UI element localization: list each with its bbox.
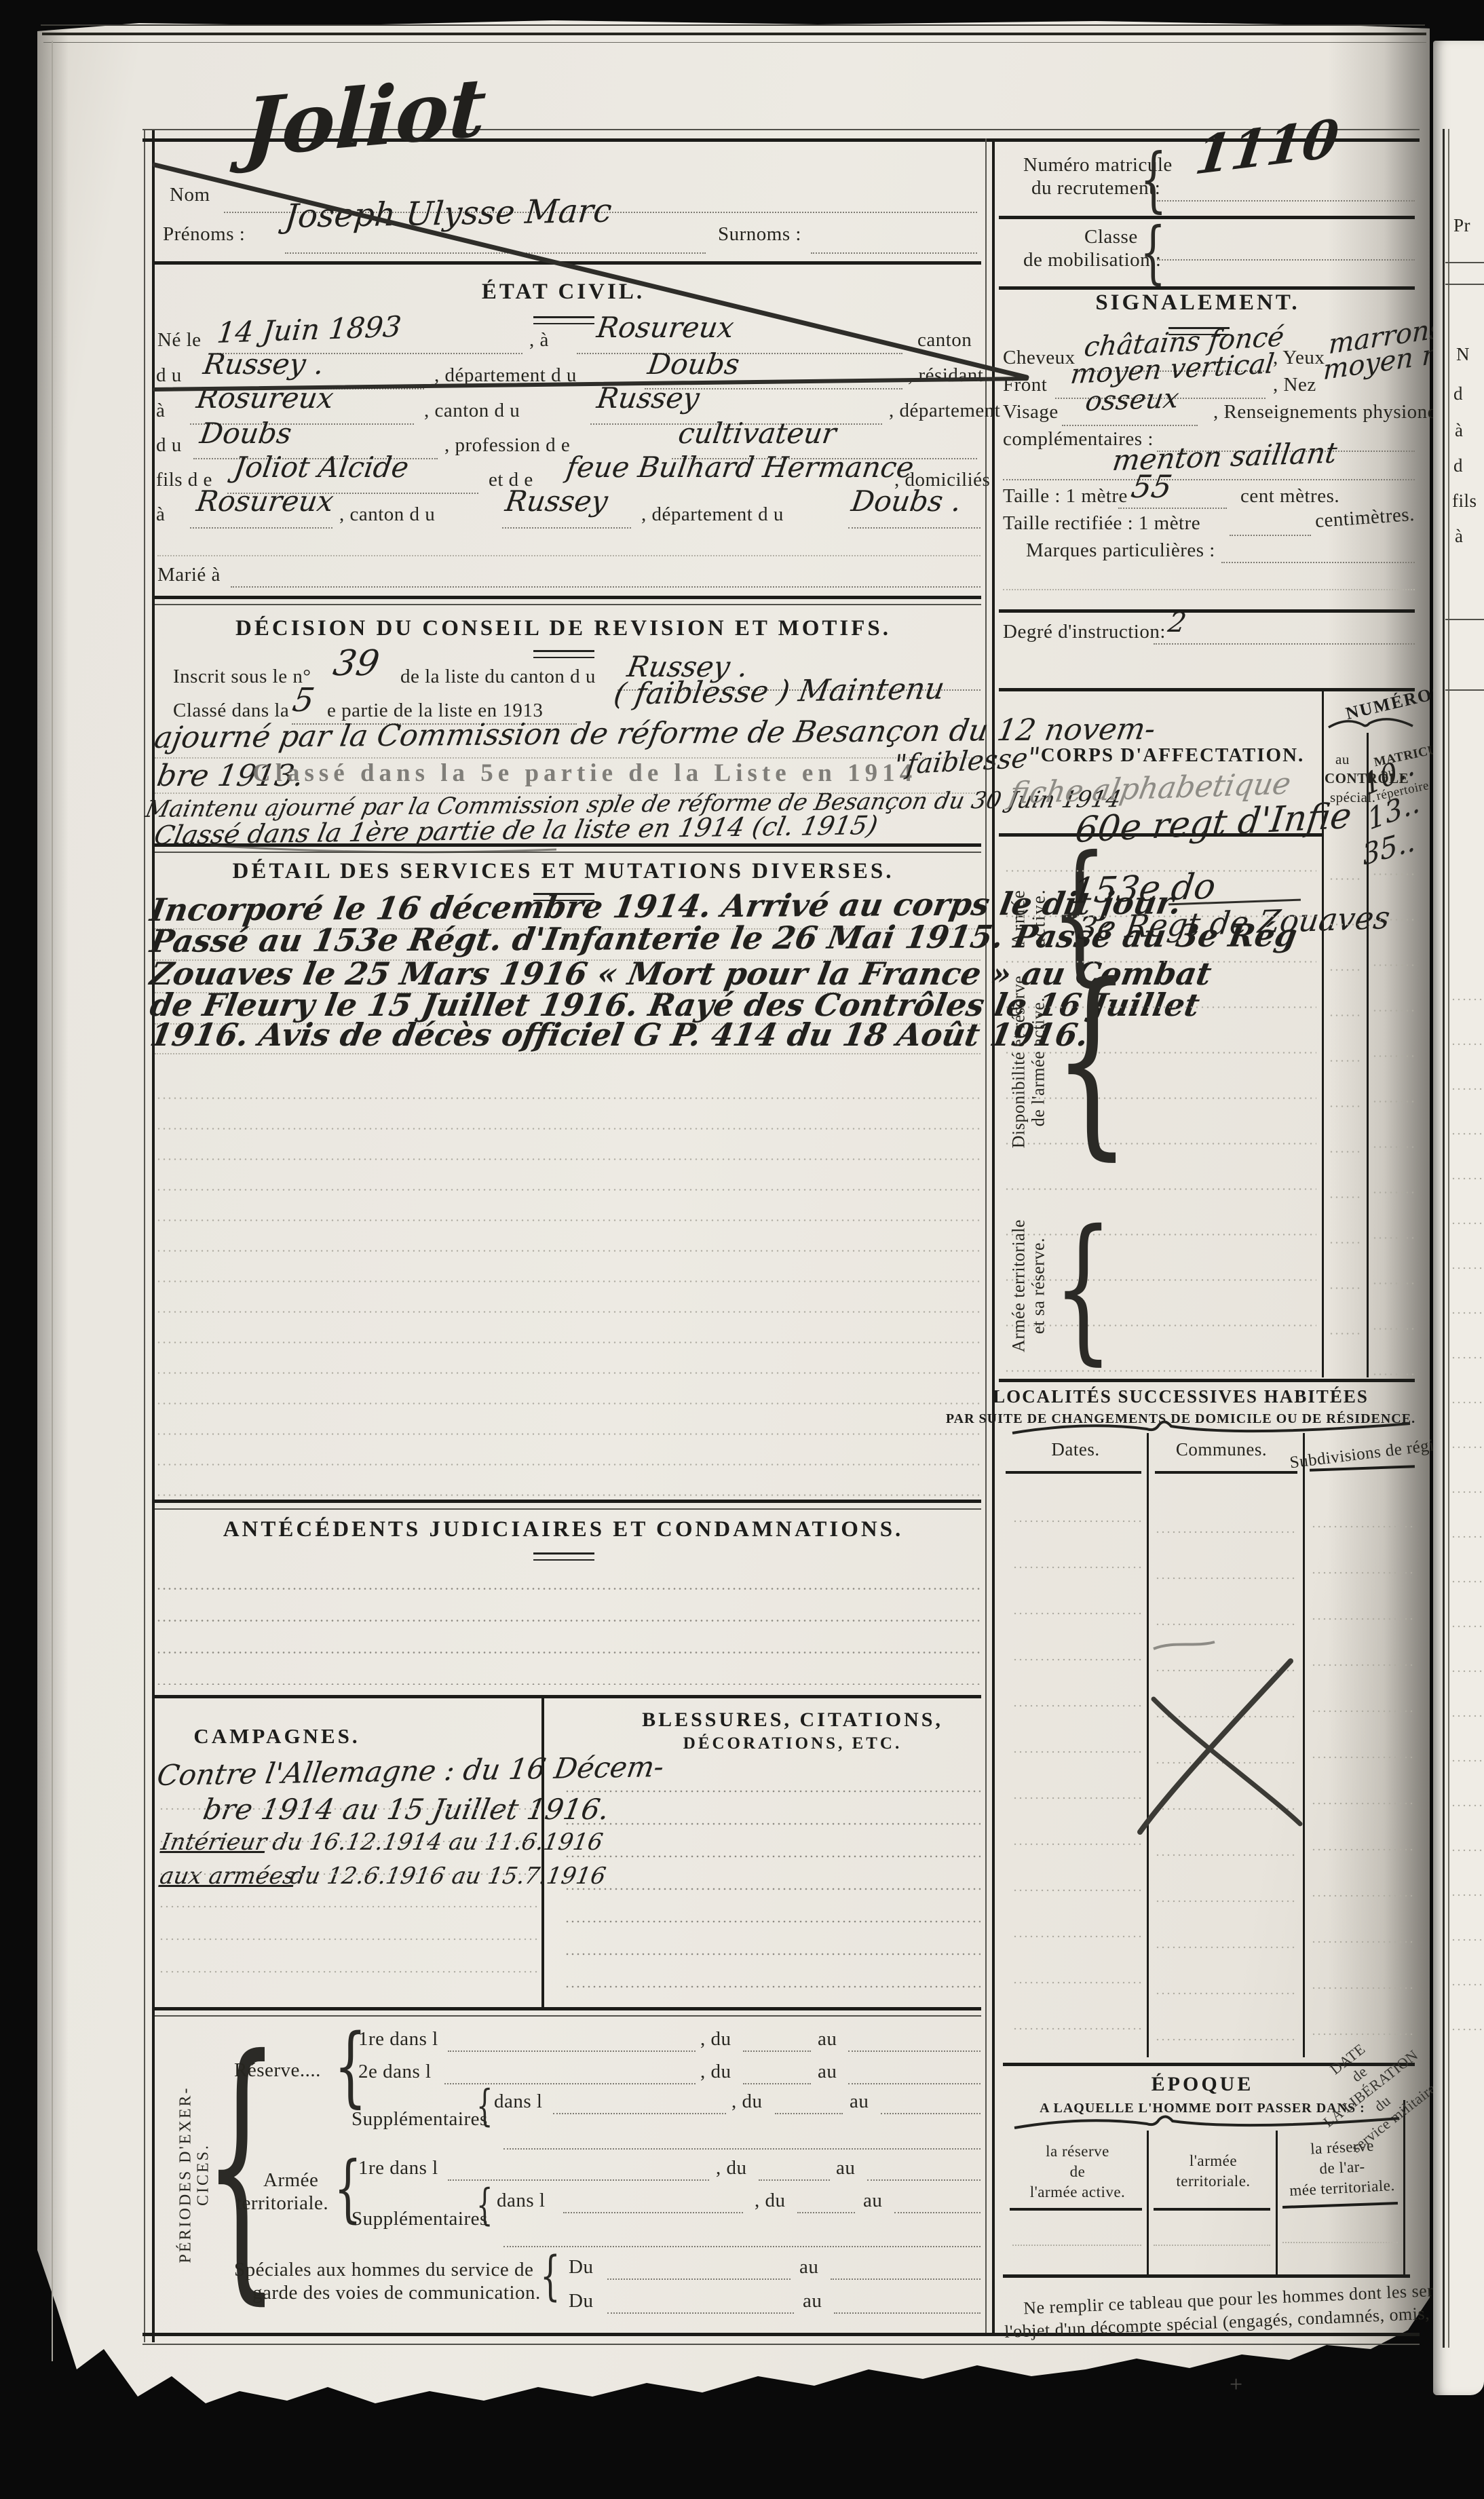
next-page-fragment: à <box>1455 421 1463 441</box>
section-rule-thin <box>155 852 981 853</box>
brace: { <box>1140 218 1166 286</box>
dotted-line <box>743 2083 811 2084</box>
next-page-fragment: à <box>1455 527 1463 547</box>
corps-table-vline <box>1367 733 1369 1377</box>
ruled-dotted-area <box>1004 848 1316 1377</box>
page-edge-line <box>43 42 1426 43</box>
marie-label: Marié à <box>157 565 221 586</box>
ruled-dotted-area <box>156 1573 981 1685</box>
epoque-vline <box>1147 2131 1149 2274</box>
form-border-bottom-thin <box>142 2344 1420 2345</box>
dotted-line <box>1003 479 1415 480</box>
stamp-classe-1914: Classé dans la 5e partie de la Liste en … <box>252 759 917 788</box>
visage-label: Visage <box>1003 402 1059 423</box>
au-label: au <box>850 2091 869 2113</box>
disponibilite-label-1: Disponibilité et réserve <box>1009 976 1029 1149</box>
rule <box>999 216 1415 219</box>
dotted-line <box>848 2083 981 2084</box>
dotted-line <box>231 586 981 588</box>
du-label: d u <box>156 365 182 387</box>
page-edge-line-vertical <box>52 41 53 2361</box>
next-page-rule <box>1445 619 1484 620</box>
dotted-line <box>1221 562 1415 563</box>
prenoms-value-handwritten: Joseph Ulysse Marc <box>284 195 613 233</box>
dotted-line <box>563 2212 743 2213</box>
next-page-rule <box>1445 284 1484 285</box>
au-label: au <box>818 2029 837 2050</box>
a-label: à <box>156 400 165 422</box>
visage-value: osseux <box>1084 385 1181 415</box>
du-label: , du <box>700 2061 731 2083</box>
localites-col-dates: Dates. <box>1051 1440 1099 1460</box>
inscrit-numero: 39 <box>330 646 381 681</box>
a-label: à <box>156 504 165 526</box>
du-majuscule-label: Du <box>569 2257 593 2278</box>
profession-label: , profession d e <box>444 435 570 457</box>
rule <box>999 688 1415 691</box>
dotted-line <box>285 252 706 254</box>
dotted-line <box>157 555 981 556</box>
territoriale-ligne-1: 1re dans l <box>358 2158 438 2179</box>
reserve-ligne-2: 2e dans l <box>358 2061 432 2083</box>
next-page-rule <box>1445 689 1484 691</box>
surnoms-label: Surnoms : <box>718 224 801 246</box>
rule <box>999 1379 1415 1382</box>
dotted-line <box>1012 2245 1141 2246</box>
next-page-fragment: d <box>1453 384 1463 404</box>
au-label: au <box>803 2291 822 2312</box>
dotted-line <box>1118 508 1227 509</box>
next-page-border-thin <box>1448 129 1449 2348</box>
dotted-line <box>607 2312 794 2314</box>
form-border-left <box>152 130 155 2342</box>
dotted-line <box>448 2050 696 2052</box>
dotted-line <box>894 2212 981 2213</box>
nom-value-handwritten: Joliot <box>242 66 488 168</box>
epoque-col1-line: l'armée active. <box>1030 2183 1126 2200</box>
dotted-line <box>848 527 981 529</box>
reserve-label: Réserve.... <box>234 2060 321 2082</box>
dotted-line <box>607 2278 791 2280</box>
residant-label: , résidant <box>908 365 983 387</box>
dotted-line <box>502 527 631 529</box>
nez-label: , Nez <box>1273 375 1316 396</box>
dotted-line <box>1062 425 1198 426</box>
rule <box>1003 2274 1410 2278</box>
dotted-line <box>743 2050 811 2052</box>
dotted-line <box>503 2246 981 2247</box>
signalement-title: SIGNALEMENT. <box>1095 290 1299 315</box>
date-naissance: 14 Juin 1893 <box>216 312 403 347</box>
antecedents-title: ANTÉCÉDENTS JUDICIAIRES ET CONDAMNATIONS… <box>223 1517 904 1542</box>
dotted-line <box>1154 2245 1270 2246</box>
dotted-line <box>775 2113 843 2114</box>
liste-label: de la liste du canton d u <box>400 666 596 688</box>
corps-affectation-title: CORPS D'AFFECTATION. <box>1041 745 1305 767</box>
ne-le-label: Né le <box>157 330 202 351</box>
rule <box>1010 2208 1142 2211</box>
section-rule <box>155 596 981 599</box>
services-ligne: 1916. Avis de décès officiel G P. 414 du… <box>148 1019 1091 1050</box>
cheveux-label: Cheveux <box>1003 347 1076 369</box>
page-edge-line <box>41 24 1425 26</box>
dotted-line <box>1282 2242 1398 2243</box>
domicile: Rosureux <box>195 487 335 516</box>
services-title: DÉTAIL DES SERVICES ET MUTATIONS DIVERSE… <box>233 859 894 883</box>
next-page-sliver: Pr N d à d fils à <box>1433 41 1484 2395</box>
dotted-line <box>1157 259 1415 261</box>
canton-suffix: canton <box>917 330 972 351</box>
dans-l-label: dans l <box>497 2190 545 2212</box>
controle-header-1: au <box>1335 752 1350 767</box>
dotted-line <box>834 2312 981 2314</box>
residence: Rosureux <box>195 384 335 413</box>
epoque-col1-line: la réserve <box>1046 2143 1109 2160</box>
departement-label: , département d u <box>434 365 577 387</box>
classe-partie-label: Classé dans la <box>173 700 289 722</box>
rule <box>1006 1471 1141 1474</box>
dotted-line <box>811 252 977 254</box>
canton-label: , canton d u <box>424 400 520 422</box>
epoque-col1-line: de <box>1070 2163 1086 2180</box>
title-flourish <box>533 316 594 324</box>
blessures-title-1: BLESSURES, CITATIONS, <box>642 1709 943 1731</box>
title-flourish <box>533 650 594 658</box>
du-majuscule-label: Du <box>569 2291 593 2312</box>
ruled-dotted-area <box>1155 1509 1297 2055</box>
prenoms-label: Prénoms : <box>163 224 245 246</box>
dotted-line <box>1003 589 1415 590</box>
dotted-line <box>1230 535 1311 536</box>
departement-residence: Doubs <box>198 419 293 448</box>
supplementaires-label: Supplémentaires <box>351 2209 488 2230</box>
rule <box>1154 2208 1270 2211</box>
campagnes-title: CAMPAGNES. <box>193 1725 360 1748</box>
supplementaires-label: Supplémentaires <box>351 2109 488 2131</box>
reserve-ligne-1: 1re dans l <box>358 2029 438 2050</box>
section-rule <box>155 1695 981 1698</box>
localites-col-communes: Communes. <box>1176 1440 1267 1460</box>
taille-value: 55 <box>1129 471 1175 502</box>
du-label: d u <box>156 435 182 457</box>
dotted-line <box>797 2212 855 2213</box>
localites-title: LOCALITÉS SUCCESSIVES HABITÉES <box>993 1387 1369 1407</box>
degre-instruction-label: Degré d'instruction: <box>1003 622 1166 643</box>
classe-motif: ( faiblesse ) Maintenu <box>612 674 947 710</box>
departement-suffix: , département <box>889 400 1000 422</box>
dotted-line <box>190 527 332 529</box>
section-rule-thin <box>155 604 981 605</box>
canton-naissance: Russey . <box>202 350 326 379</box>
dotted-line <box>831 2278 981 2280</box>
column-divider-thin <box>985 138 987 2333</box>
departement-naissance: Doubs <box>646 350 741 379</box>
brace: { <box>1140 144 1167 214</box>
departement-domicile: Doubs . <box>850 487 963 516</box>
profession-value: cultivateur <box>677 419 838 448</box>
dotted-line <box>503 2148 981 2150</box>
section-rule <box>155 261 981 265</box>
brace-supplementaires: { <box>476 2183 493 2227</box>
disponibilite-label: Disponibilité et réserve de l'armée acti… <box>1009 976 1048 1149</box>
canton-label: , canton d u <box>339 504 435 526</box>
epoque-col3-line: de l'ar- <box>1319 2158 1365 2177</box>
localites-vline <box>1303 1433 1305 2057</box>
ruled-dotted-area <box>156 1083 981 1497</box>
column-divider <box>992 138 995 2333</box>
dotted-line <box>867 2179 981 2181</box>
section-rule <box>155 843 981 847</box>
brace-supplementaires: { <box>476 2084 493 2128</box>
page-left-shading <box>37 18 69 2428</box>
epoque-vline <box>1276 2131 1278 2274</box>
a-label: , à <box>529 330 549 351</box>
next-page-fragment: Pr <box>1453 216 1470 236</box>
dotted-line <box>553 2113 726 2114</box>
armee-territoriale-label: Armée territoriale et sa réserve. <box>1009 1219 1048 1352</box>
marques-label: Marques particulières : <box>1026 540 1215 562</box>
du-label: , du <box>700 2029 731 2050</box>
periodes-vertical-label-1: PÉRIODES D'EXER- <box>177 2086 195 2264</box>
brace-territoriale: { <box>1053 1209 1114 1367</box>
speciales-ligne-2: garde des voies de communication. <box>252 2283 541 2304</box>
page-edge-line <box>42 33 1426 35</box>
territoriale-label-2: territoriale. <box>236 2193 328 2215</box>
next-page-border <box>1443 129 1445 2348</box>
localites-subtitle: PAR SUITE DE CHANGEMENTS DE DOMICILE OU … <box>946 1411 1415 1426</box>
dotted-line <box>881 2113 981 2114</box>
inscrit-label: Inscrit sous le n° <box>173 666 311 688</box>
du-label: , du <box>755 2190 786 2212</box>
next-page-fragment: d <box>1453 456 1463 476</box>
dotted-line <box>759 2179 830 2181</box>
front-label: Front <box>1003 375 1047 396</box>
armee-territoriale-label-2: et sa réserve. <box>1029 1219 1048 1352</box>
title-flourish <box>533 1552 594 1561</box>
decision-ligne-4-fin: "faiblesse" <box>893 744 1042 780</box>
taille-suffix: cent mètres. <box>1240 486 1339 508</box>
pere-value: Joliot Alcide <box>232 453 411 482</box>
etat-civil-title: ÉTAT CIVIL. <box>482 280 645 304</box>
du-label: , du <box>731 2091 763 2113</box>
form-border-bottom <box>142 2333 1420 2336</box>
brace-disponibilite: { <box>1053 958 1131 1162</box>
au-label: au <box>799 2257 818 2278</box>
corps-table-vline <box>1322 691 1324 1377</box>
nom-label: Nom <box>170 185 210 206</box>
lieu-naissance: Rosureux <box>595 313 736 342</box>
dans-l-label: dans l <box>494 2091 542 2113</box>
epoque-col2-line: territoriale. <box>1176 2173 1250 2190</box>
au-label: au <box>818 2061 837 2083</box>
localites-vline <box>1147 1433 1149 2057</box>
departement-label: , département d u <box>641 504 784 526</box>
canton-residence: Russey <box>595 384 701 413</box>
blessures-title-2: DÉCORATIONS, ETC. <box>683 1734 902 1753</box>
epoque-col2-line: l'armée <box>1190 2152 1237 2169</box>
epoque-title: ÉPOQUE <box>1152 2073 1254 2095</box>
dotted-line <box>155 1053 981 1054</box>
canton-domicile: Russey <box>503 487 609 516</box>
rule <box>1155 1471 1297 1474</box>
taille-rectifiee-label: Taille rectifiée : 1 mètre <box>1003 513 1200 535</box>
au-label: au <box>836 2158 855 2179</box>
au-label: au <box>863 2190 882 2212</box>
ruled-dotted-area <box>565 1775 981 1999</box>
yeux-label: , Yeux <box>1273 347 1325 369</box>
ruled-dotted-area <box>159 1793 537 1996</box>
rule <box>999 286 1415 290</box>
speciales-ligne-1: Spéciales aux hommes du service de <box>234 2259 533 2281</box>
armee-territoriale-label-1: Armée territoriale <box>1009 1219 1029 1352</box>
next-page-ruled-area <box>1451 977 1484 2063</box>
ruled-dotted-area <box>1311 1504 1415 2055</box>
next-page-rule <box>1445 262 1484 263</box>
decision-title: DÉCISION DU CONSEIL DE REVISION ET MOTIF… <box>235 616 891 641</box>
ruled-dotted-area <box>1012 1498 1141 2055</box>
registration-cross-mark: + <box>1230 2372 1243 2397</box>
brace-speciales: { <box>540 2250 560 2303</box>
classe-label-1: Classe <box>1084 227 1138 248</box>
dotted-line <box>1154 643 1415 645</box>
territoriale-label-1: Armée <box>263 2170 318 2192</box>
rule <box>999 609 1415 613</box>
dotted-line <box>1157 200 1415 202</box>
taille-label: Taille : 1 mètre <box>1003 486 1128 508</box>
dotted-line <box>848 2050 981 2052</box>
mere-value: feue Bulhard Hermance <box>565 453 915 482</box>
scanned-military-record: Nom Joliot Prénoms : Joseph Ulysse Marc … <box>0 0 1484 2499</box>
form-border-left-thin <box>144 130 145 2342</box>
du-label: , du <box>716 2158 747 2179</box>
next-page-fragment: fils <box>1452 491 1477 512</box>
disponibilite-label-2: de l'armée active. <box>1029 976 1048 1149</box>
section-rule <box>155 1500 981 1503</box>
section-rule-thin <box>155 1508 981 1510</box>
epoque-vline <box>1403 2100 1405 2274</box>
next-page-fragment: N <box>1456 345 1470 365</box>
ruled-dotted-area <box>1329 856 1363 1377</box>
ruled-dotted-area <box>1372 852 1415 1377</box>
